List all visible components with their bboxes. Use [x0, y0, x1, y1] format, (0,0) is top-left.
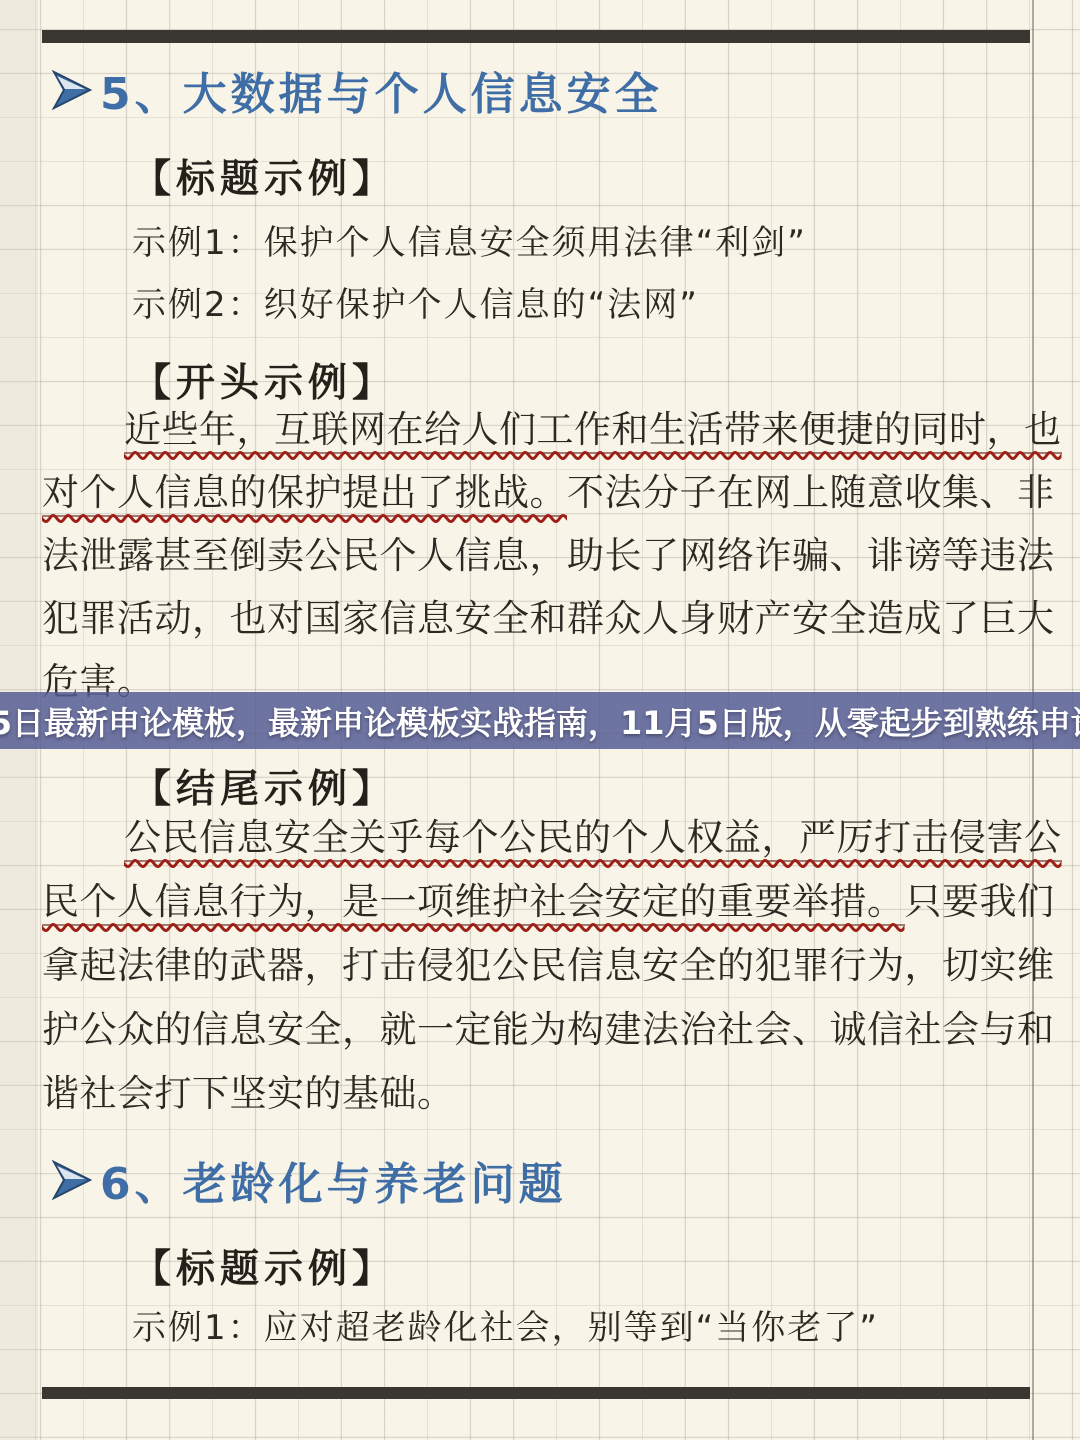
section-6-heading-text: 6、老龄化与养老问题 [100, 1148, 567, 1212]
plain-text: 犯罪活动，也对国家信息安全和群众人身财产安全造成了巨大 [42, 597, 1055, 640]
plain-text: 拿起法律的武器，打击侵犯公民信息安全的犯罪行为，切实维 [42, 944, 1055, 987]
underlined-text: 近些年，互联网在给人们工作和生活带来便捷的同时，也 [124, 408, 1062, 454]
paragraph-line: 护公众的信息安全，就一定能为构建法治社会、诚信社会与和 [42, 998, 1052, 1062]
opening-paragraph: 近些年，互联网在给人们工作和生活带来便捷的同时，也 对个人信息的保护提出了挑战。… [42, 398, 1052, 713]
underlined-text: 对个人信息的保护提出了挑战。 [42, 471, 567, 517]
frame-bottom-bar [42, 1387, 1030, 1399]
title-example-label-s5: 【标题示例】 [132, 148, 396, 204]
paragraph-line: 对个人信息的保护提出了挑战。不法分子在网上随意收集、非 [42, 461, 1052, 524]
title-example-1: 示例1：保护个人信息安全须用法律“利剑” [132, 215, 807, 264]
paragraph-line: 近些年，互联网在给人们工作和生活带来便捷的同时，也 [42, 398, 1052, 461]
plain-text: 护公众的信息安全，就一定能为构建法治社会、诚信社会与和 [42, 1008, 1055, 1051]
section-5-heading-text: 5、大数据与个人信息安全 [100, 58, 663, 122]
title-example-2: 示例2：织好保护个人信息的“法网” [132, 277, 699, 326]
paragraph-line: 公民信息安全关乎每个公民的个人权益，严厉打击侵害公 [42, 806, 1052, 870]
paragraph-line: 法泄露甚至倒卖公民个人信息，助长了网络诈骗、诽谤等违法 [42, 524, 1052, 587]
underlined-text: 公民信息安全关乎每个公民的个人权益，严厉打击侵害公 [124, 816, 1062, 862]
plain-text: 只要我们 [905, 880, 1055, 923]
plain-text: 谐社会打下坚实的基础。 [42, 1072, 455, 1115]
underlined-text: 民个人信息行为，是一项维护社会安定的重要举措。 [42, 880, 905, 926]
paragraph-line: 民个人信息行为，是一项维护社会安定的重要举措。只要我们 [42, 870, 1052, 934]
arrow-marker-icon [50, 1160, 92, 1200]
ending-paragraph: 公民信息安全关乎每个公民的个人权益，严厉打击侵害公 民个人信息行为，是一项维护社… [42, 806, 1052, 1126]
frame-top-bar [42, 30, 1030, 43]
paragraph-line: 谐社会打下坚实的基础。 [42, 1062, 1052, 1126]
section-5-heading: 5、大数据与个人信息安全 [50, 58, 663, 122]
plain-text: 不法分子在网上随意收集、非 [567, 471, 1055, 514]
title-banner: 11月5日最新申论模板，最新申论模板实战指南，11月5日版，从零起步到熟练申论写… [0, 692, 1080, 749]
paragraph-line: 拿起法律的武器，打击侵犯公民信息安全的犯罪行为，切实维 [42, 934, 1052, 998]
notes-page: 5、大数据与个人信息安全 【标题示例】 示例1：保护个人信息安全须用法律“利剑”… [0, 0, 1080, 1440]
section-6-heading: 6、老龄化与养老问题 [50, 1148, 567, 1212]
title-example-1-s6: 示例1：应对超老龄化社会，别等到“当你老了” [132, 1300, 879, 1349]
arrow-marker-icon [50, 70, 92, 110]
paragraph-line: 犯罪活动，也对国家信息安全和群众人身财产安全造成了巨大 [42, 587, 1052, 650]
title-example-label-s6: 【标题示例】 [132, 1238, 396, 1294]
title-banner-text: 11月5日最新申论模板，最新申论模板实战指南，11月5日版，从零起步到熟练申论写… [0, 698, 1080, 744]
plain-text: 法泄露甚至倒卖公民个人信息，助长了网络诈骗、诽谤等违法 [42, 534, 1055, 577]
